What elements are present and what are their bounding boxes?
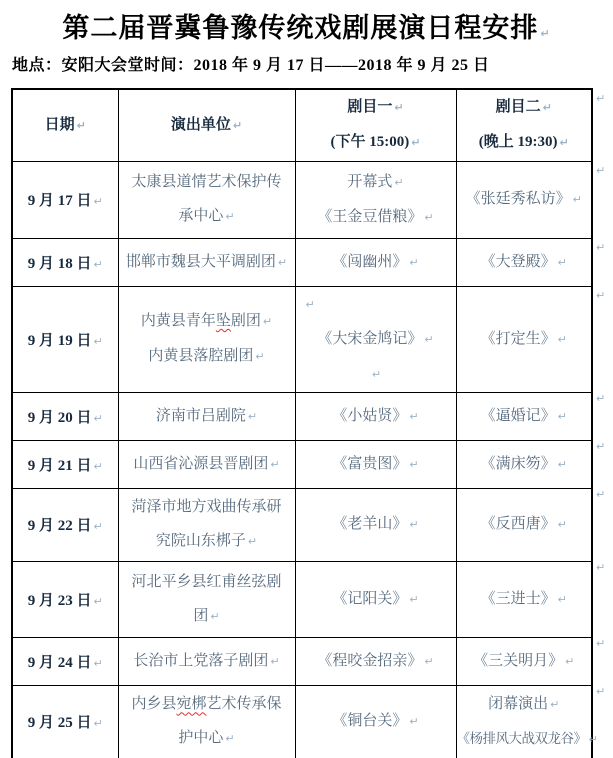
show2-cell: 《打定生》↵ xyxy=(456,286,592,392)
unit-line: 济南市吕剧院 xyxy=(156,408,246,424)
paragraph-mark: ↵ xyxy=(77,119,86,132)
show2-cell: 《逼婚记》↵ xyxy=(456,392,592,440)
show1-line: 《大宋金鸠记》 xyxy=(317,331,422,347)
table-row: 9 月 21 日↵ 山西省沁源县晋剧团↵ 《富贵图》↵ 《满床笏》↵ xyxy=(12,440,592,488)
date-text: 9 月 21 日 xyxy=(28,458,92,474)
paragraph-mark: ↵ xyxy=(372,368,381,381)
show1-cell: 《小姑贤》↵ xyxy=(295,392,456,440)
show2-cell: 《满床笏》↵ xyxy=(456,440,592,488)
header-unit-label: 演出单位 xyxy=(171,117,231,133)
date-cell: 9 月 24 日↵ xyxy=(12,637,118,685)
header-show2-time: (晚上 19:30) xyxy=(479,134,558,150)
header-show1-time: (下午 15:00) xyxy=(331,134,410,150)
show1-line: 《程咬金招亲》 xyxy=(317,653,422,669)
unit-cell: 济南市吕剧院↵ xyxy=(118,392,295,440)
header-unit-cell: 演出单位↵ xyxy=(118,89,295,161)
row-end-mark: ↵ xyxy=(596,92,605,105)
show1-cell: 《老羊山》↵ xyxy=(295,488,456,561)
paragraph-mark: ↵ xyxy=(94,258,103,271)
paragraph-mark: ↵ xyxy=(558,458,567,471)
unit-line: 究院山东梆子 xyxy=(156,533,246,549)
date-cell: 9 月 19 日↵ xyxy=(12,286,118,392)
unit-cell: 太康县道情艺术保护传 承中心↵ xyxy=(118,161,295,238)
show1-line: 《闯幽州》 xyxy=(332,254,407,270)
header-date-cell: 日期↵ xyxy=(12,89,118,161)
unit-line: 太康县道情艺术保护传 xyxy=(119,165,295,199)
show1-line: 《王金豆借粮》 xyxy=(317,209,422,225)
date-cell: 9 月 22 日↵ xyxy=(12,488,118,561)
paragraph-mark: ↵ xyxy=(409,715,418,728)
show2-cell: 《张廷秀私访》↵ xyxy=(456,161,592,238)
unit-line: 护中心 xyxy=(178,730,223,746)
paragraph-mark: ↵ xyxy=(558,593,567,606)
unit-line: 河北平乡县红甫丝弦剧 xyxy=(119,565,295,599)
show2-line: 《满床笏》 xyxy=(481,456,556,472)
table-row: 9 月 22 日↵ 菏泽市地方戏曲传承研 究院山东梆子↵ 《老羊山》↵ 《反西唐… xyxy=(12,488,592,561)
paragraph-mark: ↵ xyxy=(270,458,279,471)
paragraph-mark: ↵ xyxy=(94,595,103,608)
table-row: 9 月 25 日↵ 内乡县宛梆艺术传承保 护中心↵ 《铜台关》↵ 闭幕演出↵ 《… xyxy=(12,685,592,758)
paragraph-mark: ↵ xyxy=(550,698,559,711)
date-text: 9 月 18 日 xyxy=(28,256,92,272)
show2-line: 《大登殿》 xyxy=(481,254,556,270)
date-text: 9 月 17 日 xyxy=(28,193,92,209)
date-cell: 9 月 21 日↵ xyxy=(12,440,118,488)
page-title-text: 第二届晋冀鲁豫传统戏剧展演日程安排 xyxy=(62,13,538,43)
row-end-mark: ↵ xyxy=(596,637,605,650)
date-cell: 9 月 25 日↵ xyxy=(12,685,118,758)
unit-line: 内黄县落腔剧团 xyxy=(148,348,253,364)
show2-line: 《打定生》 xyxy=(481,331,556,347)
unit-cell: 邯郸市魏县大平调剧团↵ xyxy=(118,238,295,286)
paragraph-mark: ↵ xyxy=(560,136,569,149)
unit-cell: 内黄县青年坠剧团↵ 内黄县落腔剧团↵ xyxy=(118,286,295,392)
show1-cell: 《记阳关》↵ xyxy=(295,561,456,637)
paragraph-mark: ↵ xyxy=(409,458,418,471)
paragraph-mark: ↵ xyxy=(394,101,403,114)
page-title: 第二届晋冀鲁豫传统戏剧展演日程安排↵ xyxy=(0,6,613,45)
header-show1-cell: 剧目一↵ (下午 15:00)↵ xyxy=(295,89,456,161)
paragraph-mark: ↵ xyxy=(411,136,420,149)
misspelled-word: 坠 xyxy=(216,313,231,329)
paragraph-mark: ↵ xyxy=(94,195,103,208)
unit-line: 剧团 xyxy=(231,313,261,329)
paragraph-mark: ↵ xyxy=(94,412,103,425)
paragraph-mark: ↵ xyxy=(233,119,242,132)
row-end-mark: ↵ xyxy=(596,392,605,405)
show1-line: 《富贵图》 xyxy=(332,456,407,472)
paragraph-mark: ↵ xyxy=(558,256,567,269)
paragraph-mark: ↵ xyxy=(543,101,552,114)
show1-cell: 《程咬金招亲》↵ xyxy=(295,637,456,685)
row-end-mark: ↵ xyxy=(596,685,605,698)
show2-line: 《张廷秀私访》 xyxy=(466,191,571,207)
show1-cell: 《富贵图》↵ xyxy=(295,440,456,488)
table-row: 9 月 20 日↵ 济南市吕剧院↵ 《小姑贤》↵ 《逼婚记》↵ xyxy=(12,392,592,440)
paragraph-mark: ↵ xyxy=(558,410,567,423)
show2-cell: 《三进士》↵ xyxy=(456,561,592,637)
show1-line: 《记阳关》 xyxy=(332,591,407,607)
header-show1-label: 剧目一 xyxy=(347,99,392,115)
date-cell: 9 月 17 日↵ xyxy=(12,161,118,238)
paragraph-mark: ↵ xyxy=(225,732,234,745)
paragraph-mark: ↵ xyxy=(424,655,433,668)
show2-line: 闭幕演出 xyxy=(488,696,548,712)
paragraph-mark: ↵ xyxy=(409,518,418,531)
show2-cell: 《三关明月》↵ xyxy=(456,637,592,685)
show1-line: 《小姑贤》 xyxy=(332,408,407,424)
paragraph-mark: ↵ xyxy=(589,733,598,746)
unit-line: 团 xyxy=(193,608,208,624)
date-text: 9 月 20 日 xyxy=(28,410,92,426)
unit-line: 邯郸市魏县大平调剧团 xyxy=(126,254,276,270)
row-end-mark: ↵ xyxy=(596,241,605,254)
paragraph-mark: ↵ xyxy=(263,315,272,328)
paragraph-mark: ↵ xyxy=(565,655,574,668)
table-row: 9 月 19 日↵ 内黄县青年坠剧团↵ 内黄县落腔剧团↵ ↵ 《大宋金鸠记》↵ … xyxy=(12,286,592,392)
date-text: 9 月 23 日 xyxy=(28,593,92,609)
date-text: 9 月 22 日 xyxy=(28,518,92,534)
paragraph-mark: ↵ xyxy=(409,410,418,423)
paragraph-mark: ↵ xyxy=(573,193,582,206)
table-row: 9 月 18 日↵ 邯郸市魏县大平调剧团↵ 《闯幽州》↵ 《大登殿》↵ xyxy=(12,238,592,286)
row-end-mark: ↵ xyxy=(596,164,605,177)
date-text: 9 月 25 日 xyxy=(28,715,92,731)
paragraph-mark: ↵ xyxy=(558,518,567,531)
show1-cell: 开幕式↵ 《王金豆借粮》↵ xyxy=(295,161,456,238)
table-row: 9 月 24 日↵ 长治市上党落子剧团↵ 《程咬金招亲》↵ 《三关明月》↵ xyxy=(12,637,592,685)
misspelled-word: 宛梆 xyxy=(176,696,206,712)
unit-line: 长治市上党落子剧团 xyxy=(133,653,268,669)
paragraph-mark: ↵ xyxy=(225,210,234,223)
show2-line: 《杨排风大战双龙谷》 xyxy=(457,731,587,746)
unit-line: 艺术传承保 xyxy=(207,696,282,712)
show1-cell: 《铜台关》↵ xyxy=(295,685,456,758)
date-cell: 9 月 20 日↵ xyxy=(12,392,118,440)
show1-cell: ↵ 《大宋金鸠记》↵ ↵ xyxy=(295,286,456,392)
paragraph-mark: ↵ xyxy=(409,256,418,269)
schedule-table: 日期↵ 演出单位↵ 剧目一↵ (下午 15:00)↵ 剧目二↵ (晚上 19:3… xyxy=(11,88,593,758)
unit-cell: 山西省沁源县晋剧团↵ xyxy=(118,440,295,488)
row-end-mark: ↵ xyxy=(596,440,605,453)
date-text: 9 月 19 日 xyxy=(28,333,92,349)
paragraph-mark: ↵ xyxy=(424,333,433,346)
paragraph-mark: ↵ xyxy=(558,333,567,346)
unit-cell: 河北平乡县红甫丝弦剧 团↵ xyxy=(118,561,295,637)
paragraph-mark: ↵ xyxy=(94,717,103,730)
unit-line: 内乡县 xyxy=(131,696,176,712)
paragraph-mark: ↵ xyxy=(394,176,403,189)
unit-cell: 菏泽市地方戏曲传承研 究院山东梆子↵ xyxy=(118,488,295,561)
header-show2-label: 剧目二 xyxy=(496,99,541,115)
unit-line: 内黄县青年 xyxy=(141,313,216,329)
date-cell: 9 月 18 日↵ xyxy=(12,238,118,286)
paragraph-mark: ↵ xyxy=(248,410,257,423)
table-header-row: 日期↵ 演出单位↵ 剧目一↵ (下午 15:00)↵ 剧目二↵ (晚上 19:3… xyxy=(12,89,592,161)
header-date-label: 日期 xyxy=(45,117,75,133)
paragraph-mark: ↵ xyxy=(424,211,433,224)
show2-line: 《逼婚记》 xyxy=(481,408,556,424)
page-subtitle: 地点：安阳大会堂时间：2018 年 9 月 17 日——2018 年 9 月 2… xyxy=(12,52,602,75)
paragraph-mark: ↵ xyxy=(94,520,103,533)
date-text: 9 月 24 日 xyxy=(28,655,92,671)
show2-line: 《三进士》 xyxy=(481,591,556,607)
table-row: 9 月 23 日↵ 河北平乡县红甫丝弦剧 团↵ 《记阳关》↵ 《三进士》↵ xyxy=(12,561,592,637)
header-show2-cell: 剧目二↵ (晚上 19:30)↵ xyxy=(456,89,592,161)
paragraph-mark: ↵ xyxy=(94,335,103,348)
paragraph-mark: ↵ xyxy=(210,610,219,623)
date-cell: 9 月 23 日↵ xyxy=(12,561,118,637)
row-end-mark: ↵ xyxy=(596,488,605,501)
show2-cell: 闭幕演出↵ 《杨排风大战双龙谷》↵ xyxy=(456,685,592,758)
paragraph-mark: ↵ xyxy=(270,655,279,668)
show1-cell: 《闯幽州》↵ xyxy=(295,238,456,286)
unit-line: 山西省沁源县晋剧团 xyxy=(133,456,268,472)
unit-cell: 内乡县宛梆艺术传承保 护中心↵ xyxy=(118,685,295,758)
paragraph-mark: ↵ xyxy=(94,460,103,473)
paragraph-mark: ↵ xyxy=(306,298,315,311)
paragraph-mark: ↵ xyxy=(255,350,264,363)
show2-cell: 《反西唐》↵ xyxy=(456,488,592,561)
paragraph-mark: ↵ xyxy=(409,593,418,606)
row-end-mark: ↵ xyxy=(596,561,605,574)
document-page: 第二届晋冀鲁豫传统戏剧展演日程安排↵ 地点：安阳大会堂时间：2018 年 9 月… xyxy=(0,0,613,758)
show2-line: 《反西唐》 xyxy=(481,516,556,532)
table-row: 9 月 17 日↵ 太康县道情艺术保护传 承中心↵ 开幕式↵ 《王金豆借粮》↵ … xyxy=(12,161,592,238)
show2-cell: 《大登殿》↵ xyxy=(456,238,592,286)
show1-line: 《铜台关》 xyxy=(332,713,407,729)
show2-line: 《三关明月》 xyxy=(473,653,563,669)
show1-line: 《老羊山》 xyxy=(332,516,407,532)
unit-line: 承中心 xyxy=(178,208,223,224)
unit-cell: 长治市上党落子剧团↵ xyxy=(118,637,295,685)
unit-line: 菏泽市地方戏曲传承研 xyxy=(119,490,295,524)
show1-line: 开幕式 xyxy=(347,174,392,190)
row-end-mark: ↵ xyxy=(596,289,605,302)
paragraph-mark: ↵ xyxy=(278,256,287,269)
paragraph-mark: ↵ xyxy=(540,27,550,40)
paragraph-mark: ↵ xyxy=(248,535,257,548)
paragraph-mark: ↵ xyxy=(94,657,103,670)
